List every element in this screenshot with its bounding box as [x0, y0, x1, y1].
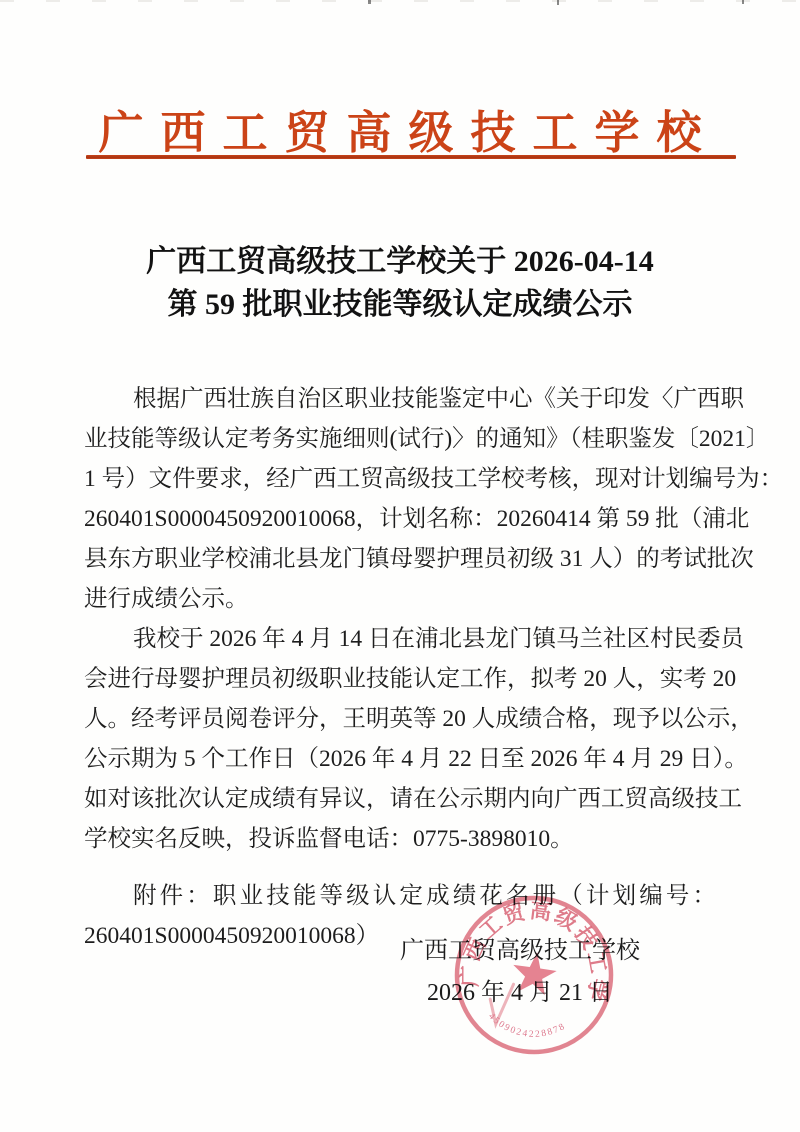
paragraph-1-line: 根据广西壮族自治区职业技能鉴定中心《关于印发〈广西职 — [84, 379, 716, 419]
paragraph-1-line: 县东方职业学校浦北县龙门镇母婴护理员初级 31 人）的考试批次 — [84, 539, 716, 579]
paragraph-2-line: 如对该批次认定成绩有异议，请在公示期内向广西工贸高级技工 — [84, 779, 716, 819]
paragraph-1-line: 业技能等级认定考务实施细则(试行)〉的通知》（桂职鉴发〔2021〕 — [84, 419, 716, 459]
paragraph-2-line: 学校实名反映，投诉监督电话：0775-3898010。 — [84, 819, 716, 859]
paragraph-1-line: 1 号）文件要求，经广西工贸高级技工学校考核，现对计划编号为： — [84, 459, 716, 499]
letterhead-title: 广西工贸高级技工学校 — [0, 96, 800, 161]
paragraph-1-line: 260401S0000450920010068，计划名称：20260414 第 … — [84, 499, 716, 539]
scan-artifact-tick — [368, 0, 371, 4]
paragraph-1-line: 进行成绩公示。 — [84, 579, 716, 619]
paragraph-2-line: 公示期为 5 个工作日（2026 年 4 月 22 日至 2026 年 4 月 … — [84, 739, 716, 779]
signature-block: 广西工贸高级技工学校 2026 年 4 月 21 日 — [398, 930, 642, 1014]
document-title: 广西工贸高级技工学校关于 2026-04-14 第 59 批职业技能等级认定成绩… — [40, 240, 760, 326]
scan-artifact-tick — [557, 0, 559, 5]
document-title-line-1: 广西工贸高级技工学校关于 2026-04-14 — [40, 240, 760, 283]
paragraph-2-line: 我校于 2026 年 4 月 14 日在浦北县龙门镇马兰社区村民委员 — [84, 619, 716, 659]
document-page: 广西工贸高级技工学校 广西工贸高级技工学校关于 2026-04-14 第 59 … — [0, 0, 800, 1132]
signature-org: 广西工贸高级技工学校 — [398, 930, 642, 972]
scan-artifact-top-edge — [0, 0, 800, 2]
seal-serial-number: 4509024228878 — [484, 1011, 569, 1045]
paragraph-2-line: 人。经考评员阅卷评分，王明英等 20 人成绩合格，现予以公示， — [84, 699, 716, 739]
scan-artifact-tick — [742, 0, 744, 4]
document-title-line-2: 第 59 批职业技能等级认定成绩公示 — [40, 283, 760, 326]
document-body: 根据广西壮族自治区职业技能鉴定中心《关于印发〈广西职 业技能等级认定考务实施细则… — [84, 379, 716, 859]
signature-date: 2026 年 4 月 21 日 — [398, 972, 642, 1014]
paragraph-2-line: 会进行母婴护理员初级职业技能认定工作，拟考 20 人，实考 20 — [84, 659, 716, 699]
svg-text:4509024228878: 4509024228878 — [484, 1011, 569, 1045]
letterhead-rule — [86, 155, 736, 159]
attachment-line: 附件：职业技能等级认定成绩花名册（计划编号： — [84, 876, 716, 916]
